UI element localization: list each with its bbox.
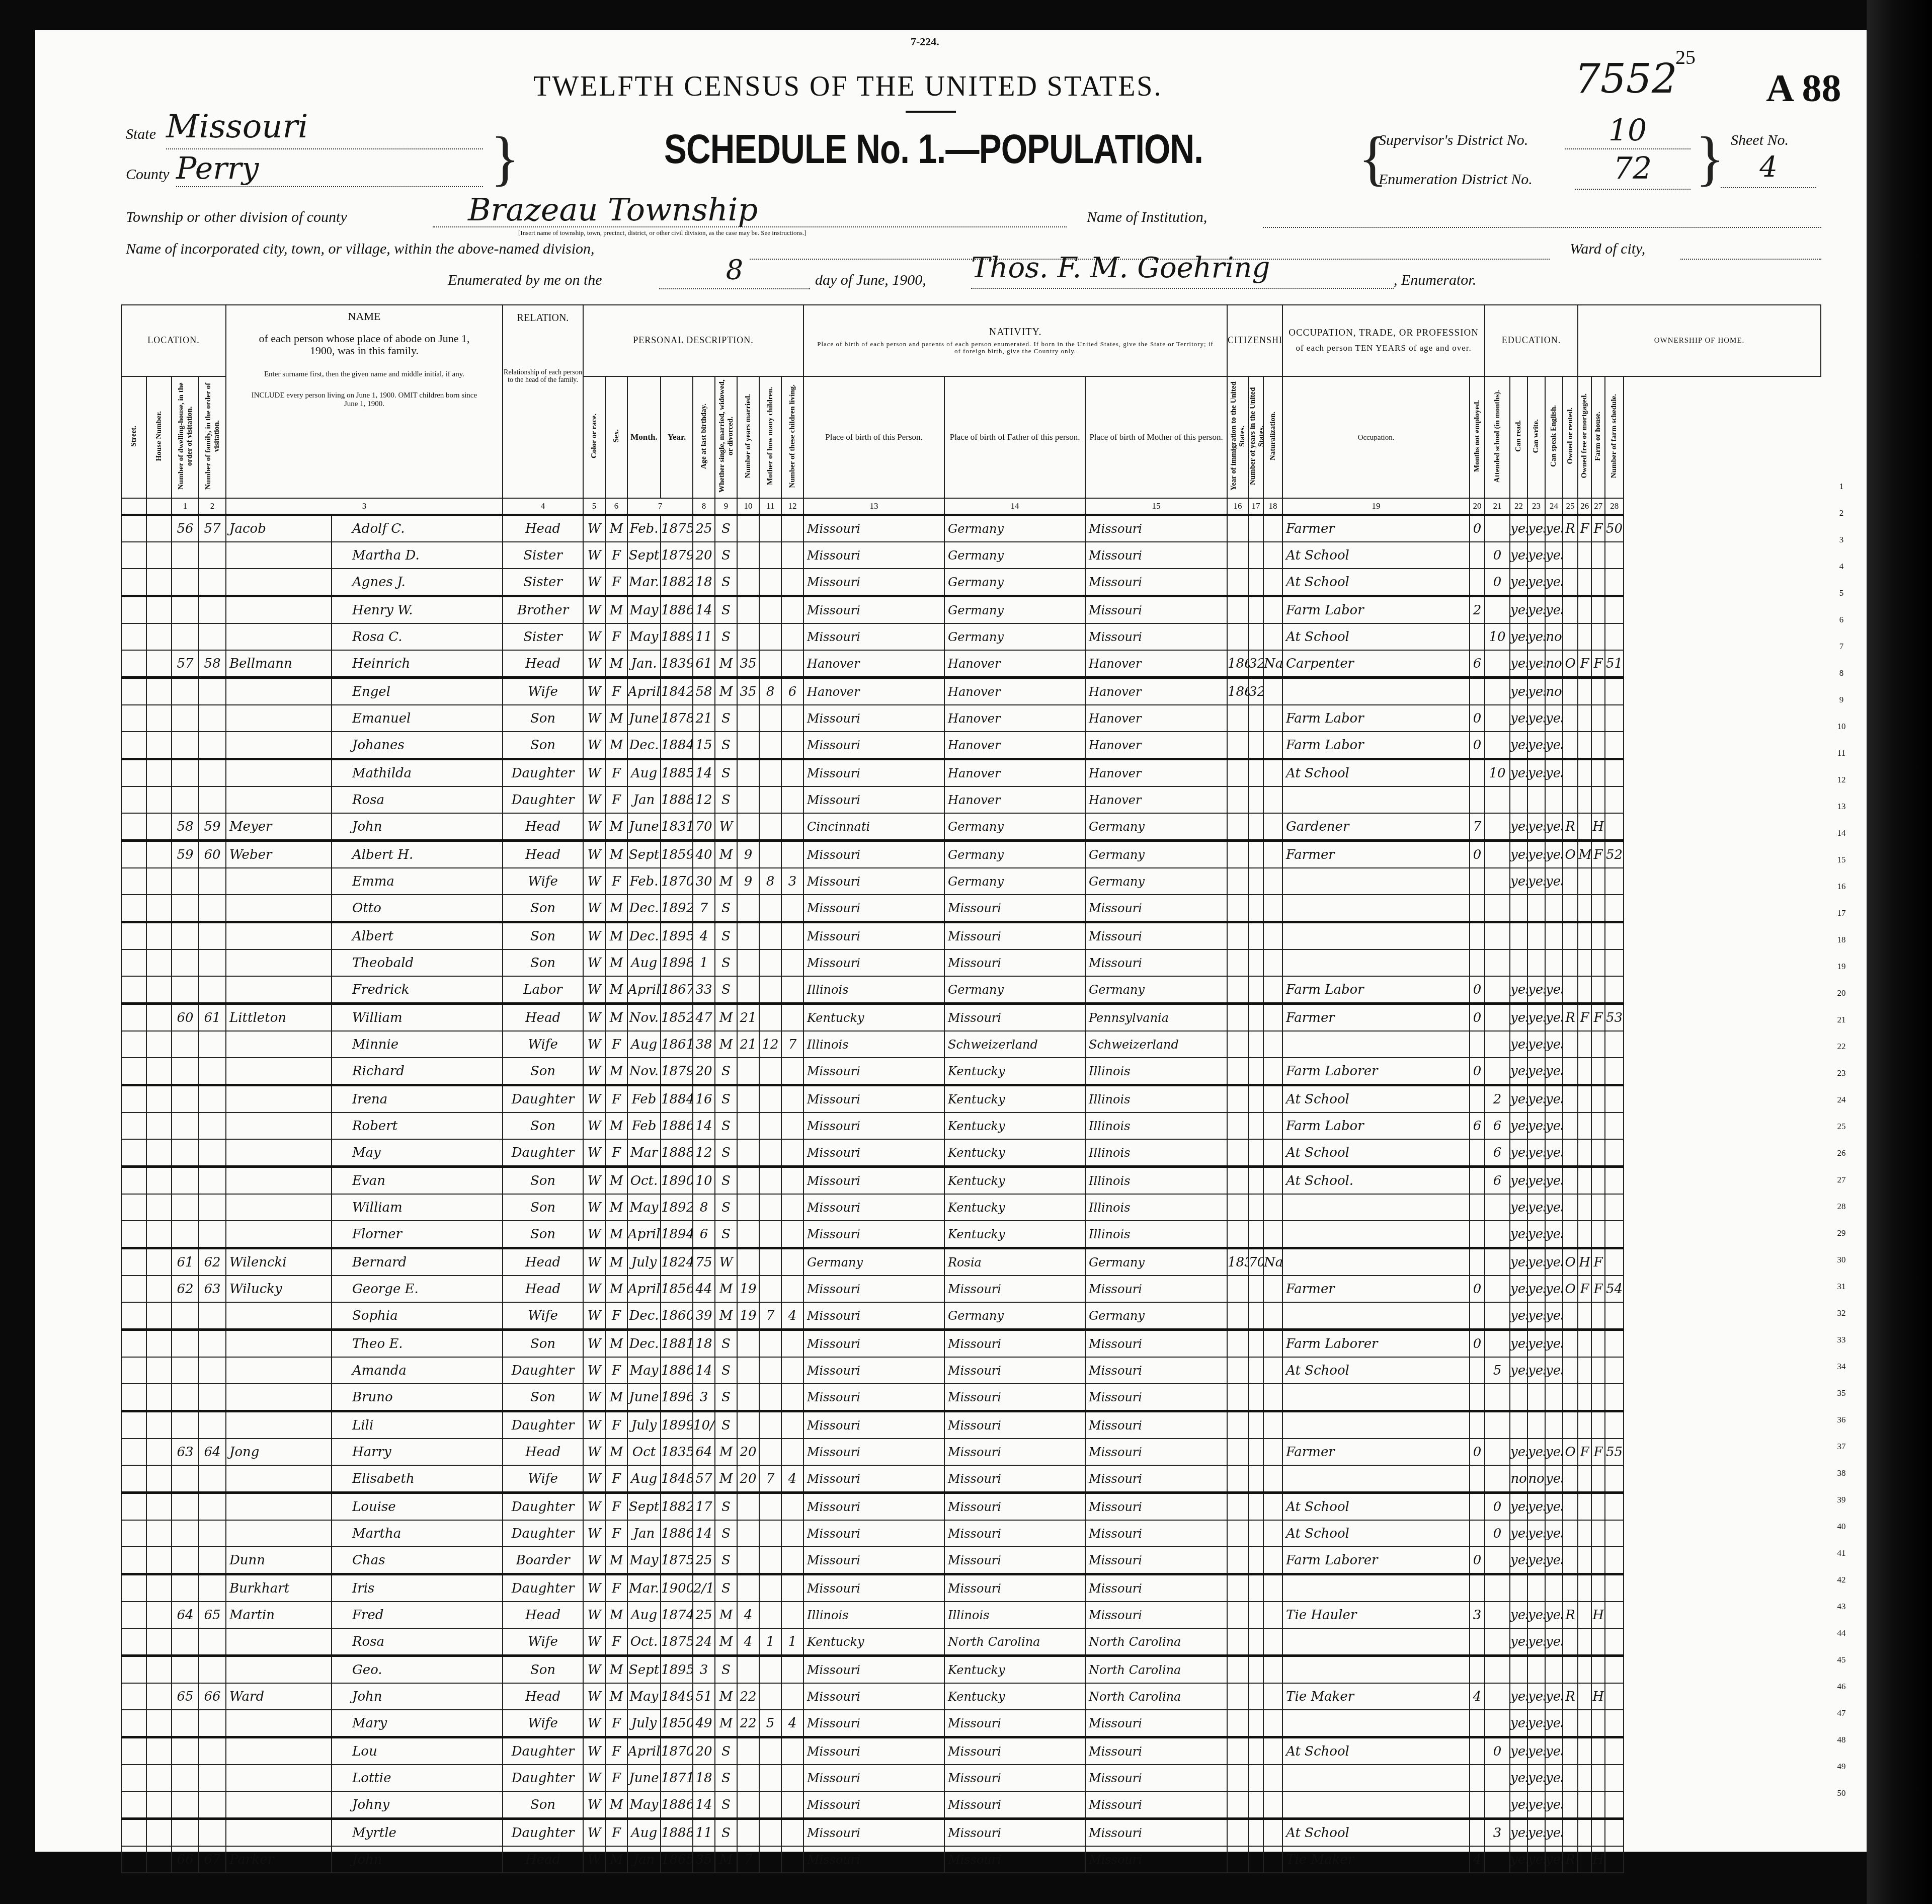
- cell-nat[interactable]: [1263, 1167, 1282, 1195]
- cell-nat[interactable]: [1263, 1221, 1282, 1248]
- cell-bpm[interactable]: Missouri: [1085, 1330, 1227, 1358]
- cell-occ[interactable]: [1282, 1465, 1470, 1493]
- cell-read[interactable]: yes: [1510, 1248, 1527, 1276]
- cell-age[interactable]: 20: [693, 1058, 715, 1085]
- cell-sch[interactable]: [1485, 1465, 1510, 1493]
- cell-rel[interactable]: Son: [503, 705, 583, 732]
- cell-ym[interactable]: 22: [737, 1683, 759, 1710]
- cell-sex[interactable]: F: [605, 1737, 627, 1765]
- cell-bpf[interactable]: Missouri: [944, 1765, 1085, 1791]
- cell-ym[interactable]: 9: [737, 868, 759, 895]
- state-field[interactable]: Missouri: [166, 108, 483, 149]
- cell-year[interactable]: 1867: [661, 976, 693, 1004]
- cell-given[interactable]: Geo.: [332, 1656, 503, 1684]
- cell-unemp[interactable]: [1470, 1221, 1485, 1248]
- cell-nat[interactable]: [1263, 1628, 1282, 1656]
- cell-yus[interactable]: [1248, 1819, 1263, 1847]
- cell-color[interactable]: W: [583, 1248, 605, 1276]
- cell-fam[interactable]: [199, 1330, 226, 1358]
- cell-yus[interactable]: 70: [1248, 1248, 1263, 1276]
- cell-dw[interactable]: [172, 542, 199, 569]
- cell-write[interactable]: yes: [1527, 1628, 1545, 1656]
- cell-ym[interactable]: [737, 1357, 759, 1384]
- cell-year[interactable]: 1882: [661, 1493, 693, 1521]
- cell-sch[interactable]: [1485, 1411, 1510, 1439]
- cell-write[interactable]: [1527, 1656, 1545, 1684]
- cell-bp[interactable]: Missouri: [803, 542, 944, 569]
- cell-bpf[interactable]: Germany: [944, 623, 1085, 650]
- cell-own[interactable]: [1563, 1194, 1578, 1221]
- cell-write[interactable]: yes: [1527, 1846, 1545, 1873]
- cell-year[interactable]: 1879: [661, 1058, 693, 1085]
- cell-occ[interactable]: Farmer: [1282, 841, 1470, 868]
- cell-read[interactable]: yes: [1510, 976, 1527, 1004]
- cell-given[interactable]: Iris: [332, 1574, 503, 1602]
- cell-house-number[interactable]: [146, 1411, 172, 1439]
- cell-fam[interactable]: [199, 1791, 226, 1819]
- cell-free[interactable]: [1578, 1846, 1591, 1873]
- cell-bpm[interactable]: Germany: [1085, 813, 1227, 841]
- cell-mar[interactable]: M: [715, 1683, 737, 1710]
- cell-street[interactable]: [121, 1194, 146, 1221]
- cell-free[interactable]: [1578, 1791, 1591, 1819]
- cell-yus[interactable]: [1248, 1846, 1263, 1873]
- cell-mar[interactable]: S: [715, 542, 737, 569]
- cell-fam[interactable]: [199, 976, 226, 1004]
- cell-dw[interactable]: [172, 596, 199, 624]
- cell-free[interactable]: [1578, 1520, 1591, 1547]
- cell-eng[interactable]: yes: [1545, 1139, 1563, 1167]
- cell-farm[interactable]: F: [1591, 1276, 1605, 1302]
- cell-bpm[interactable]: Illinois: [1085, 1194, 1227, 1221]
- cell-own[interactable]: R: [1563, 1004, 1578, 1032]
- cell-farm[interactable]: [1591, 1058, 1605, 1085]
- ward-field[interactable]: [1680, 241, 1821, 260]
- cell-liv[interactable]: [781, 1221, 803, 1248]
- cell-ym[interactable]: 7: [737, 1846, 759, 1873]
- cell-house-number[interactable]: [146, 732, 172, 759]
- cell-given[interactable]: Evan: [332, 1167, 503, 1195]
- cell-nat[interactable]: [1263, 1710, 1282, 1737]
- cell-color[interactable]: W: [583, 1004, 605, 1032]
- cell-rel[interactable]: Daughter: [503, 1765, 583, 1791]
- cell-yus[interactable]: [1248, 1276, 1263, 1302]
- cell-sch[interactable]: [1485, 1248, 1510, 1276]
- cell-yus[interactable]: [1248, 1683, 1263, 1710]
- cell-moth[interactable]: 12: [759, 1031, 781, 1058]
- cell-ym[interactable]: [737, 1221, 759, 1248]
- cell-eng[interactable]: yes: [1545, 1085, 1563, 1113]
- cell-house-number[interactable]: [146, 596, 172, 624]
- cell-mar[interactable]: M: [715, 1276, 737, 1302]
- cell-bpm[interactable]: Missouri: [1085, 623, 1227, 650]
- cell-free[interactable]: F: [1578, 1276, 1591, 1302]
- cell-year[interactable]: 1895: [661, 922, 693, 950]
- cell-dw[interactable]: [172, 1031, 199, 1058]
- cell-liv[interactable]: [781, 1683, 803, 1710]
- cell-sched[interactable]: [1605, 1031, 1624, 1058]
- cell-age[interactable]: 8: [693, 1194, 715, 1221]
- cell-sch[interactable]: 2: [1485, 1085, 1510, 1113]
- cell-occ[interactable]: At School.: [1282, 1167, 1470, 1195]
- cell-free[interactable]: [1578, 976, 1591, 1004]
- cell-moth[interactable]: [759, 1602, 781, 1628]
- cell-bpm[interactable]: Missouri: [1085, 922, 1227, 950]
- cell-ym[interactable]: [737, 1520, 759, 1547]
- cell-sched[interactable]: [1605, 949, 1624, 976]
- cell-nat[interactable]: [1263, 1031, 1282, 1058]
- cell-sex[interactable]: F: [605, 1465, 627, 1493]
- cell-age[interactable]: 58: [693, 678, 715, 705]
- cell-fam[interactable]: [199, 1574, 226, 1602]
- cell-bpf[interactable]: Kentucky: [944, 1139, 1085, 1167]
- cell-occ[interactable]: Farm Labor: [1282, 976, 1470, 1004]
- cell-year[interactable]: 1896: [661, 1384, 693, 1411]
- cell-sched[interactable]: 55: [1605, 1439, 1624, 1465]
- cell-surname[interactable]: [226, 1819, 332, 1847]
- cell-moth[interactable]: [759, 1167, 781, 1195]
- cell-write[interactable]: yes: [1527, 1683, 1545, 1710]
- cell-color[interactable]: W: [583, 1085, 605, 1113]
- cell-eng[interactable]: yes: [1545, 705, 1563, 732]
- cell-own[interactable]: [1563, 1221, 1578, 1248]
- cell-house-number[interactable]: [146, 1248, 172, 1276]
- cell-read[interactable]: no: [1510, 1465, 1527, 1493]
- cell-sch[interactable]: [1485, 868, 1510, 895]
- cell-dw[interactable]: [172, 1085, 199, 1113]
- cell-free[interactable]: [1578, 1085, 1591, 1113]
- cell-year[interactable]: 1885: [661, 759, 693, 787]
- cell-farm[interactable]: [1591, 1628, 1605, 1656]
- cell-age[interactable]: 25: [693, 1547, 715, 1574]
- cell-street[interactable]: [121, 569, 146, 596]
- cell-write[interactable]: yes: [1527, 1167, 1545, 1195]
- cell-house-number[interactable]: [146, 1683, 172, 1710]
- cell-surname[interactable]: [226, 1493, 332, 1521]
- cell-month[interactable]: June: [627, 1765, 661, 1791]
- cell-read[interactable]: [1510, 895, 1527, 922]
- cell-rel[interactable]: Daughter: [503, 1357, 583, 1384]
- cell-occ[interactable]: Farmer: [1282, 1004, 1470, 1032]
- cell-yus[interactable]: [1248, 1710, 1263, 1737]
- cell-eng[interactable]: yes: [1545, 1493, 1563, 1521]
- cell-own[interactable]: [1563, 1737, 1578, 1765]
- cell-own[interactable]: [1563, 1520, 1578, 1547]
- cell-house-number[interactable]: [146, 1031, 172, 1058]
- cell-color[interactable]: W: [583, 1737, 605, 1765]
- cell-bpf[interactable]: Kentucky: [944, 1167, 1085, 1195]
- cell-fam[interactable]: [199, 1765, 226, 1791]
- cell-liv[interactable]: [781, 895, 803, 922]
- cell-sched[interactable]: [1605, 1602, 1624, 1628]
- cell-year[interactable]: 1875: [661, 1628, 693, 1656]
- cell-rel[interactable]: Head: [503, 841, 583, 868]
- cell-read[interactable]: yes: [1510, 678, 1527, 705]
- cell-dw[interactable]: 63: [172, 1439, 199, 1465]
- cell-moth[interactable]: [759, 1656, 781, 1684]
- cell-yus[interactable]: [1248, 1302, 1263, 1330]
- cell-ym[interactable]: 4: [737, 1628, 759, 1656]
- cell-bpm[interactable]: Germany: [1085, 1248, 1227, 1276]
- cell-imm[interactable]: [1227, 1710, 1248, 1737]
- cell-surname[interactable]: [226, 1628, 332, 1656]
- cell-month[interactable]: Sept: [627, 1656, 661, 1684]
- cell-sch[interactable]: [1485, 841, 1510, 868]
- cell-unemp[interactable]: [1470, 623, 1485, 650]
- cell-yus[interactable]: [1248, 596, 1263, 624]
- cell-age[interactable]: 21: [693, 705, 715, 732]
- cell-nat[interactable]: Nat: [1263, 650, 1282, 678]
- cell-fam[interactable]: 60: [199, 841, 226, 868]
- cell-free[interactable]: [1578, 759, 1591, 787]
- cell-sched[interactable]: 51: [1605, 650, 1624, 678]
- cell-occ[interactable]: [1282, 1574, 1470, 1602]
- cell-yus[interactable]: [1248, 1384, 1263, 1411]
- cell-mar[interactable]: S: [715, 1819, 737, 1847]
- cell-rel[interactable]: Brother: [503, 596, 583, 624]
- cell-read[interactable]: yes: [1510, 1058, 1527, 1085]
- cell-read[interactable]: yes: [1510, 1683, 1527, 1710]
- cell-bpf[interactable]: Germany: [944, 868, 1085, 895]
- cell-fam[interactable]: [199, 1628, 226, 1656]
- cell-street[interactable]: [121, 1520, 146, 1547]
- cell-own[interactable]: R: [1563, 1683, 1578, 1710]
- cell-bpf[interactable]: Germany: [944, 515, 1085, 542]
- cell-dw[interactable]: 60: [172, 1004, 199, 1032]
- cell-liv[interactable]: [781, 623, 803, 650]
- cell-color[interactable]: W: [583, 1765, 605, 1791]
- cell-surname[interactable]: [226, 569, 332, 596]
- cell-street[interactable]: [121, 1791, 146, 1819]
- cell-house-number[interactable]: [146, 1167, 172, 1195]
- cell-eng[interactable]: yes: [1545, 1058, 1563, 1085]
- cell-moth[interactable]: [759, 1384, 781, 1411]
- cell-read[interactable]: [1510, 1656, 1527, 1684]
- cell-farm[interactable]: [1591, 678, 1605, 705]
- cell-color[interactable]: W: [583, 1819, 605, 1847]
- cell-sched[interactable]: [1605, 922, 1624, 950]
- cell-rel[interactable]: Son: [503, 1330, 583, 1358]
- cell-farm[interactable]: [1591, 1574, 1605, 1602]
- cell-given[interactable]: Lili: [332, 1411, 503, 1439]
- cell-bpf[interactable]: Missouri: [944, 1846, 1085, 1873]
- cell-month[interactable]: Dec.: [627, 895, 661, 922]
- cell-moth[interactable]: [759, 895, 781, 922]
- cell-surname[interactable]: Wilucky: [226, 1276, 332, 1302]
- cell-street[interactable]: [121, 1493, 146, 1521]
- cell-unemp[interactable]: [1470, 1031, 1485, 1058]
- cell-write[interactable]: [1527, 1411, 1545, 1439]
- cell-surname[interactable]: [226, 1520, 332, 1547]
- cell-fam[interactable]: [199, 1113, 226, 1139]
- cell-write[interactable]: yes: [1527, 650, 1545, 678]
- cell-write[interactable]: [1527, 949, 1545, 976]
- cell-surname[interactable]: [226, 868, 332, 895]
- cell-given[interactable]: Agnes J.: [332, 569, 503, 596]
- cell-dw[interactable]: [172, 1710, 199, 1737]
- cell-moth[interactable]: [759, 1248, 781, 1276]
- cell-own[interactable]: [1563, 1574, 1578, 1602]
- cell-ym[interactable]: [737, 515, 759, 542]
- cell-nat[interactable]: [1263, 786, 1282, 813]
- cell-rel[interactable]: Daughter: [503, 1819, 583, 1847]
- cell-sch[interactable]: [1485, 1194, 1510, 1221]
- cell-color[interactable]: W: [583, 1520, 605, 1547]
- cell-sched[interactable]: [1605, 569, 1624, 596]
- cell-sched[interactable]: [1605, 1302, 1624, 1330]
- cell-imm[interactable]: [1227, 1139, 1248, 1167]
- cell-unemp[interactable]: [1470, 1819, 1485, 1847]
- cell-fam[interactable]: [199, 1520, 226, 1547]
- cell-yus[interactable]: [1248, 569, 1263, 596]
- cell-write[interactable]: yes: [1527, 1004, 1545, 1032]
- cell-bpf[interactable]: Kentucky: [944, 1085, 1085, 1113]
- cell-sched[interactable]: [1605, 1656, 1624, 1684]
- cell-eng[interactable]: yes: [1545, 1846, 1563, 1873]
- cell-bpm[interactable]: Hanover: [1085, 705, 1227, 732]
- cell-rel[interactable]: Daughter: [503, 1493, 583, 1521]
- cell-ym[interactable]: [737, 542, 759, 569]
- cell-color[interactable]: W: [583, 1276, 605, 1302]
- cell-age[interactable]: 57: [693, 1465, 715, 1493]
- cell-age[interactable]: 3: [693, 1384, 715, 1411]
- cell-nat[interactable]: [1263, 841, 1282, 868]
- cell-liv[interactable]: [781, 1357, 803, 1384]
- cell-liv[interactable]: [781, 1656, 803, 1684]
- cell-moth[interactable]: [759, 922, 781, 950]
- cell-sex[interactable]: F: [605, 1411, 627, 1439]
- cell-ym[interactable]: 9: [737, 841, 759, 868]
- cell-occ[interactable]: [1282, 1221, 1470, 1248]
- cell-bp[interactable]: Hanover: [803, 650, 944, 678]
- cell-farm[interactable]: [1591, 1737, 1605, 1765]
- cell-year[interactable]: 1839: [661, 650, 693, 678]
- cell-eng[interactable]: [1545, 1384, 1563, 1411]
- cell-age[interactable]: 4: [693, 922, 715, 950]
- cell-liv[interactable]: [781, 1846, 803, 1873]
- cell-surname[interactable]: Meyer: [226, 813, 332, 841]
- cell-dw[interactable]: [172, 895, 199, 922]
- cell-bpf[interactable]: Missouri: [944, 1465, 1085, 1493]
- cell-surname[interactable]: [226, 1357, 332, 1384]
- cell-own[interactable]: R: [1563, 1846, 1578, 1873]
- cell-write[interactable]: yes: [1527, 569, 1545, 596]
- cell-bpm[interactable]: Missouri: [1085, 569, 1227, 596]
- cell-yus[interactable]: [1248, 1113, 1263, 1139]
- cell-read[interactable]: yes: [1510, 868, 1527, 895]
- cell-sex[interactable]: M: [605, 705, 627, 732]
- cell-given[interactable]: William: [332, 1194, 503, 1221]
- cell-farm[interactable]: [1591, 1031, 1605, 1058]
- cell-yus[interactable]: [1248, 1656, 1263, 1684]
- cell-surname[interactable]: [226, 678, 332, 705]
- cell-farm[interactable]: F: [1591, 841, 1605, 868]
- cell-bp[interactable]: Missouri: [803, 949, 944, 976]
- cell-imm[interactable]: [1227, 1276, 1248, 1302]
- cell-year[interactable]: 1879: [661, 542, 693, 569]
- cell-rel[interactable]: Son: [503, 1656, 583, 1684]
- cell-yus[interactable]: [1248, 1139, 1263, 1167]
- cell-own[interactable]: R: [1563, 515, 1578, 542]
- cell-age[interactable]: 12: [693, 1139, 715, 1167]
- cell-bpm[interactable]: Missouri: [1085, 596, 1227, 624]
- cell-fam[interactable]: 62: [199, 1248, 226, 1276]
- cell-nat[interactable]: [1263, 1439, 1282, 1465]
- cell-ym[interactable]: [737, 1737, 759, 1765]
- cell-bp[interactable]: Missouri: [803, 1547, 944, 1574]
- cell-read[interactable]: yes: [1510, 1819, 1527, 1847]
- cell-house-number[interactable]: [146, 895, 172, 922]
- cell-sex[interactable]: M: [605, 1004, 627, 1032]
- cell-sex[interactable]: M: [605, 841, 627, 868]
- cell-nat[interactable]: [1263, 868, 1282, 895]
- cell-month[interactable]: July: [627, 1248, 661, 1276]
- cell-sch[interactable]: 0: [1485, 542, 1510, 569]
- cell-month[interactable]: Dec.: [627, 922, 661, 950]
- cell-occ[interactable]: Farm Labor: [1282, 1113, 1470, 1139]
- cell-bpm[interactable]: North Carolina: [1085, 1683, 1227, 1710]
- cell-sch[interactable]: [1485, 596, 1510, 624]
- cell-year[interactable]: 1884: [661, 1085, 693, 1113]
- cell-sch[interactable]: [1485, 1574, 1510, 1602]
- cell-write[interactable]: yes: [1527, 1139, 1545, 1167]
- cell-year[interactable]: 1852: [661, 1004, 693, 1032]
- cell-farm[interactable]: F: [1591, 1004, 1605, 1032]
- cell-house-number[interactable]: [146, 868, 172, 895]
- cell-read[interactable]: yes: [1510, 1276, 1527, 1302]
- cell-bpm[interactable]: Missouri: [1085, 1737, 1227, 1765]
- cell-dw[interactable]: [172, 922, 199, 950]
- cell-nat[interactable]: [1263, 1846, 1282, 1873]
- cell-moth[interactable]: [759, 542, 781, 569]
- cell-farm[interactable]: [1591, 569, 1605, 596]
- cell-fam[interactable]: [199, 1167, 226, 1195]
- cell-nat[interactable]: [1263, 596, 1282, 624]
- cell-unemp[interactable]: 0: [1470, 705, 1485, 732]
- cell-own[interactable]: [1563, 1384, 1578, 1411]
- cell-moth[interactable]: [759, 569, 781, 596]
- cell-rel[interactable]: Head: [503, 1276, 583, 1302]
- cell-street[interactable]: [121, 895, 146, 922]
- cell-sch[interactable]: 6: [1485, 1113, 1510, 1139]
- cell-read[interactable]: yes: [1510, 1167, 1527, 1195]
- cell-street[interactable]: [121, 732, 146, 759]
- cell-sched[interactable]: [1605, 705, 1624, 732]
- cell-eng[interactable]: [1545, 1411, 1563, 1439]
- cell-farm[interactable]: [1591, 1656, 1605, 1684]
- township-field[interactable]: Brazeau Township: [433, 191, 1067, 227]
- cell-bp[interactable]: Missouri: [803, 1276, 944, 1302]
- cell-surname[interactable]: [226, 1085, 332, 1113]
- cell-color[interactable]: W: [583, 623, 605, 650]
- cell-surname[interactable]: Ward: [226, 1683, 332, 1710]
- cell-surname[interactable]: [226, 1302, 332, 1330]
- cell-surname[interactable]: [226, 1194, 332, 1221]
- cell-sex[interactable]: F: [605, 542, 627, 569]
- cell-month[interactable]: April: [627, 976, 661, 1004]
- cell-imm[interactable]: [1227, 1411, 1248, 1439]
- cell-ym[interactable]: [737, 1330, 759, 1358]
- cell-fam[interactable]: 61: [199, 1004, 226, 1032]
- cell-dw[interactable]: [172, 1139, 199, 1167]
- cell-age[interactable]: 1: [693, 949, 715, 976]
- cell-bp[interactable]: Missouri: [803, 1656, 944, 1684]
- cell-own[interactable]: [1563, 1113, 1578, 1139]
- cell-month[interactable]: Mar.: [627, 569, 661, 596]
- cell-house-number[interactable]: [146, 1737, 172, 1765]
- cell-age[interactable]: 24: [693, 1628, 715, 1656]
- cell-sched[interactable]: 50: [1605, 515, 1624, 542]
